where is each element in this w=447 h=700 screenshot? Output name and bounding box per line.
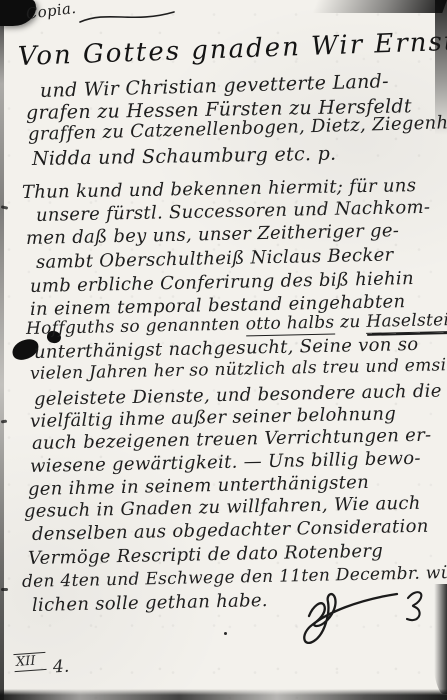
- line-text: zu: [334, 312, 366, 333]
- margin-mark: [1, 420, 7, 424]
- signature-paraph-icon: [295, 578, 435, 653]
- scan-edge-left: [0, 0, 4, 700]
- line-text: Hoffguths so genannten: [26, 314, 246, 339]
- manuscript-page: Copia. Von Gottes gnaden Wir Ernst und W…: [0, 0, 447, 700]
- ink-speck: [224, 632, 227, 635]
- underlined-place: Haselstein: [366, 310, 447, 334]
- manuscript-line: Nidda und Schaumburg etc. p.: [32, 143, 337, 170]
- scan-edge-top-right: [312, 0, 447, 13]
- scan-edge-bottom: [0, 689, 447, 700]
- archive-roman-numeral: XII: [13, 652, 46, 672]
- archive-number: XII4.: [14, 650, 69, 671]
- underlined-name: otto halbs: [246, 313, 335, 337]
- archive-page-number: 4.: [52, 657, 69, 678]
- pen-swash-icon: [78, 8, 178, 26]
- manuscript-line: lichen solle gethan habe.: [32, 590, 268, 616]
- margin-mark: [1, 588, 8, 591]
- copia-annotation: Copia.: [25, 0, 77, 23]
- manuscript-line: Von Gottes gnaden Wir Ernst: [17, 27, 447, 72]
